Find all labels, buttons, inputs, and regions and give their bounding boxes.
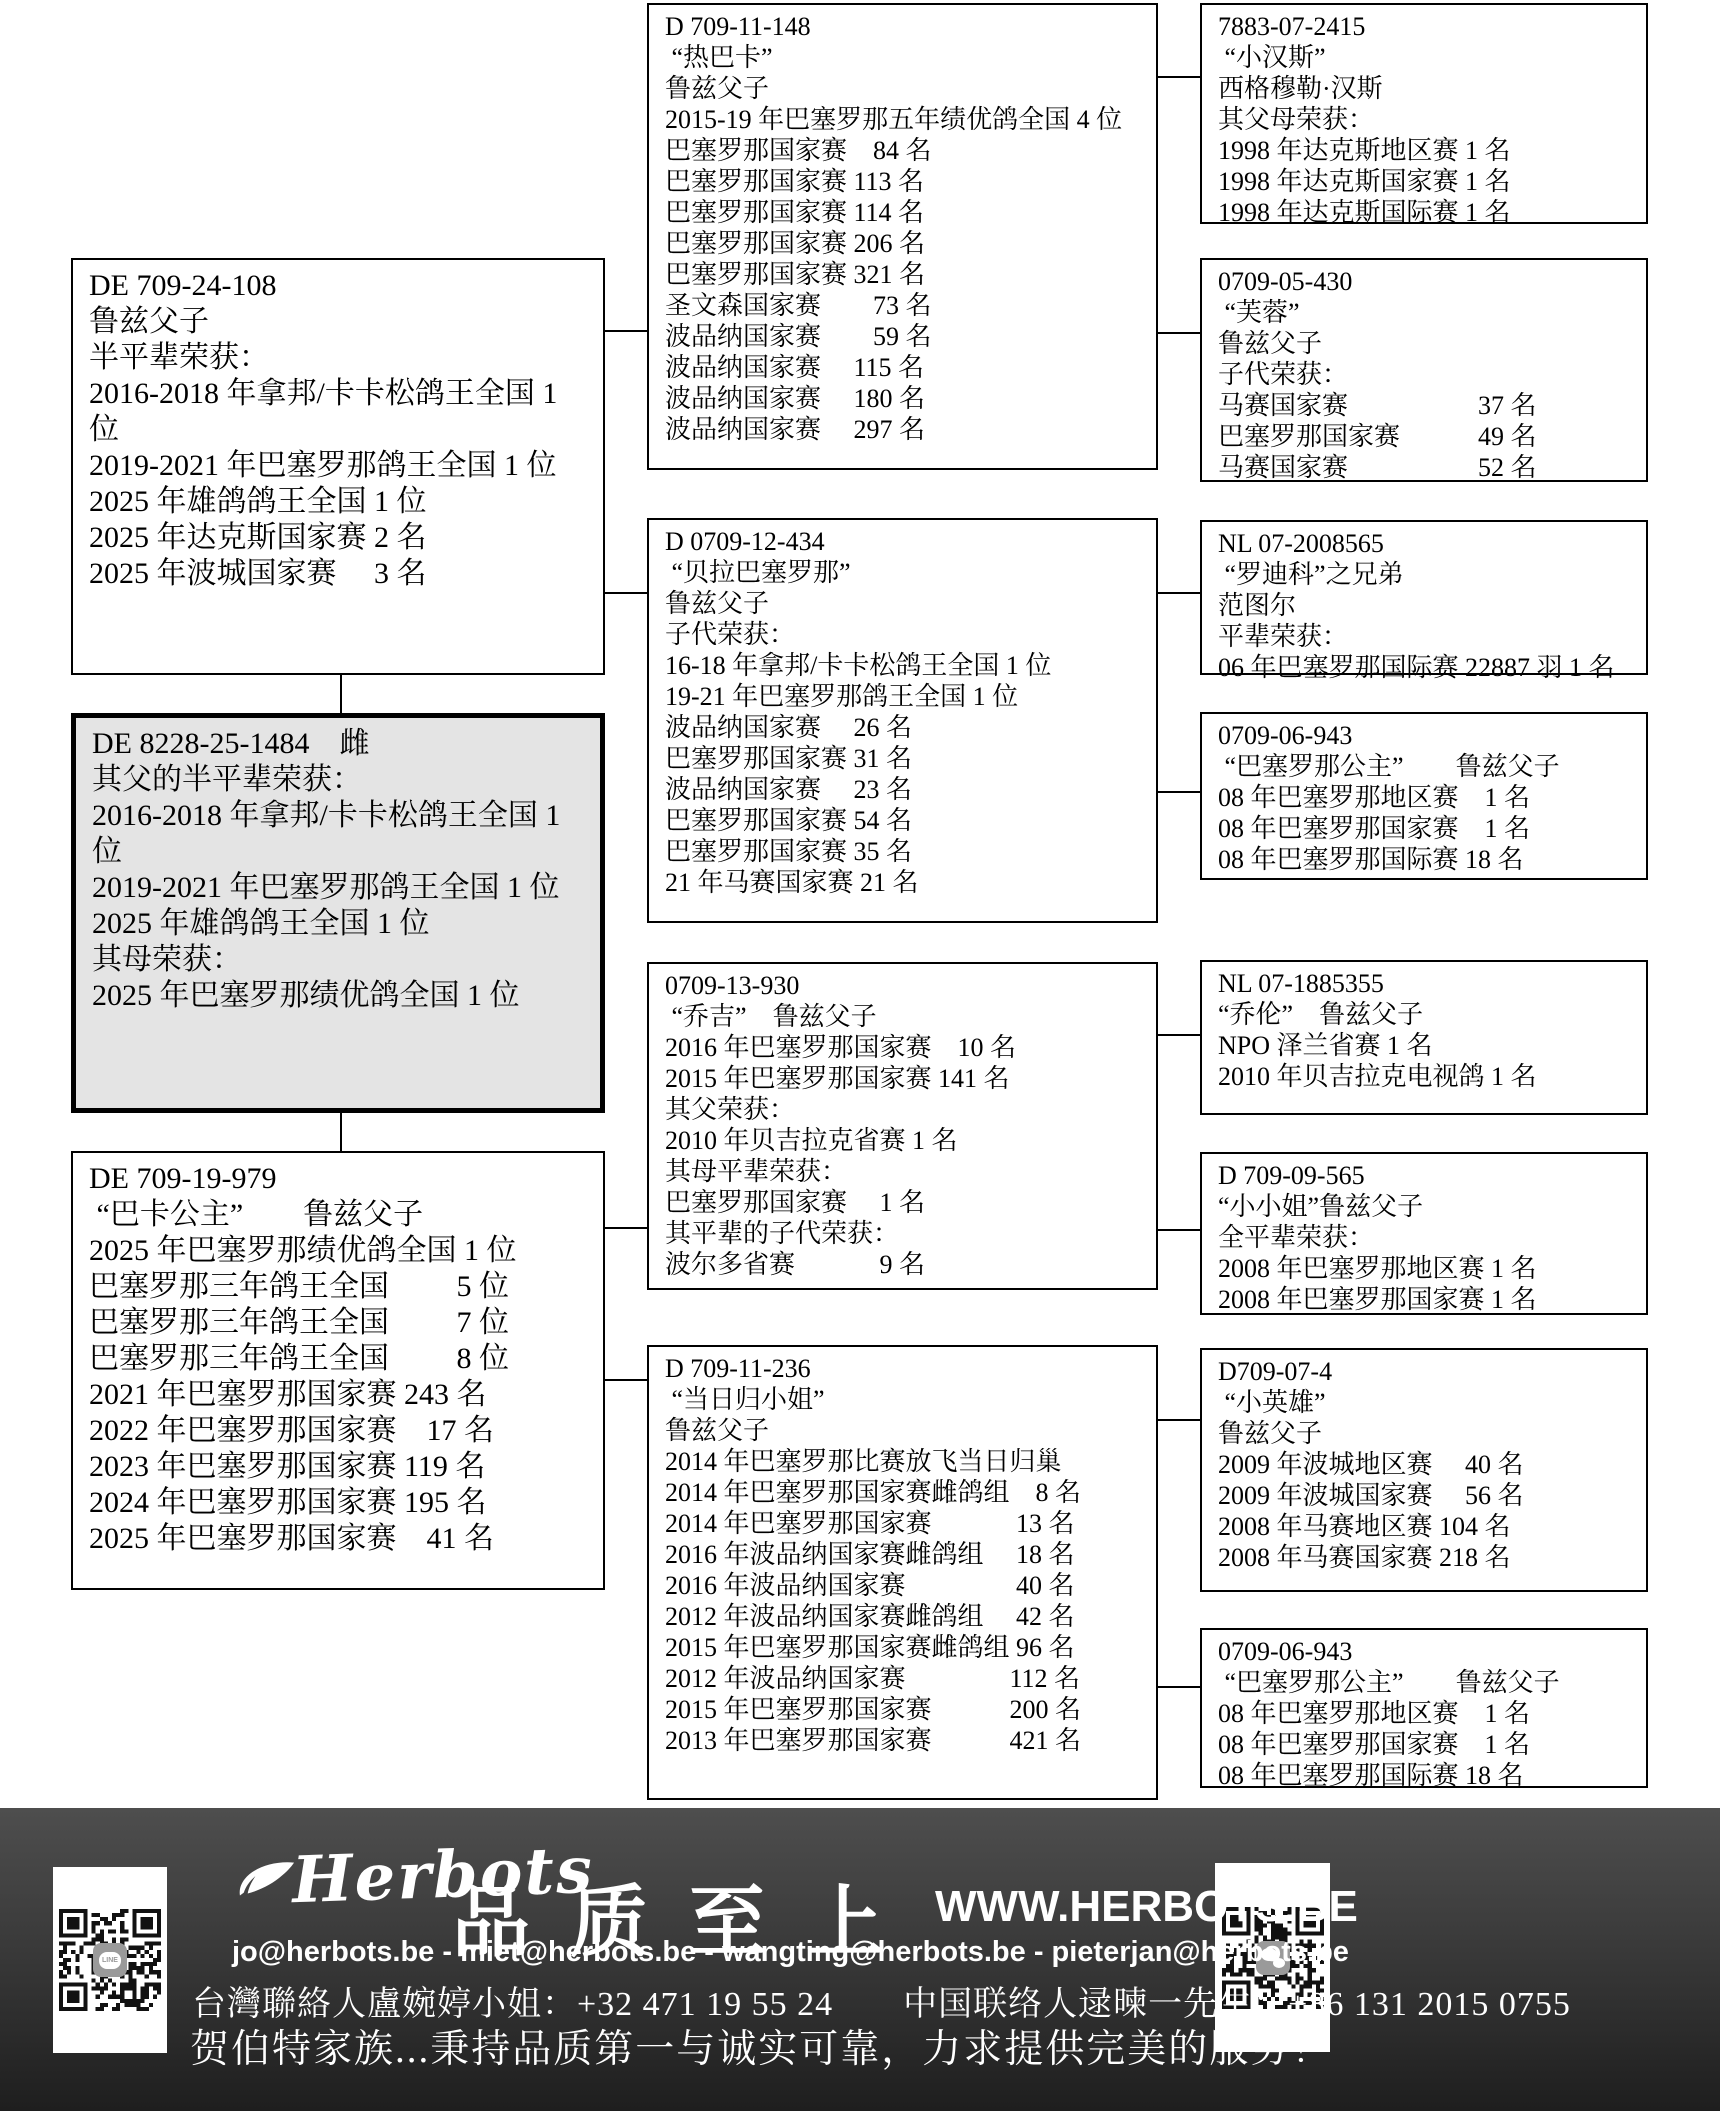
pedigree-line: 巴塞罗那三年鸽王全国 8 位 — [89, 1341, 587, 1377]
pedigree-line: “巴卡公主” 鲁兹父子 — [89, 1197, 587, 1233]
box-mother: DE 709-19-979 “巴卡公主” 鲁兹父子2025 年巴塞罗那绩优鸽全国… — [71, 1151, 605, 1590]
connector-to-r7 — [1158, 1419, 1200, 1421]
pedigree-line: 半平辈荣获： — [89, 340, 587, 376]
pedigree-line: 08 年巴塞罗那国际赛 18 名 — [1218, 1760, 1642, 1791]
box-father: DE 709-24-108鲁兹父子半平辈荣获：2016-2018 年拿邦/卡卡松… — [71, 258, 605, 675]
pedigree-line: 1998 年达克斯地区赛 1 名 — [1218, 135, 1642, 166]
pedigree-line: 08 年巴塞罗那国家赛 1 名 — [1218, 813, 1642, 844]
pedigree-line: 2008 年巴塞罗那地区赛 1 名 — [1218, 1253, 1642, 1284]
pedigree-line: “芙蓉” — [1218, 297, 1642, 328]
pedigree-line: 7883-07-2415 — [1218, 11, 1642, 42]
footer-emails: jo@herbots.be - miet@herbots.be - wangti… — [232, 1936, 1349, 1969]
pedigree-line: DE 709-24-108 — [89, 268, 587, 304]
pedigree-line: 巴塞罗那国家赛 321 名 — [665, 259, 1152, 290]
pedigree-line: 08 年巴塞罗那国际赛 18 名 — [1218, 844, 1642, 875]
pedigree-line: 巴塞罗那三年鸽王全国 5 位 — [89, 1269, 587, 1305]
pedigree-line: 2023 年巴塞罗那国家赛 119 名 — [89, 1449, 587, 1485]
pedigree-line: 2012 年波品纳国家赛 112 名 — [665, 1663, 1152, 1694]
pedigree-line: “小小姐”鲁兹父子 — [1218, 1191, 1642, 1222]
footer-website: WWW.HERBOTS.BE — [935, 1882, 1358, 1932]
pedigree-line: 全平辈荣获： — [1218, 1222, 1642, 1253]
pedigree-line: 巴塞罗那国家赛 1 名 — [665, 1187, 1152, 1218]
pedigree-line: 2014 年巴塞罗那比赛放飞当日归巢 — [665, 1446, 1152, 1477]
pedigree-line: 范图尔 — [1218, 590, 1642, 621]
pedigree-line: D 0709-12-434 — [665, 526, 1152, 557]
pedigree-line: 波品纳国家赛 23 名 — [665, 774, 1152, 805]
pedigree-line: NL 07-1885355 — [1218, 968, 1642, 999]
pedigree-line: “热巴卡” — [665, 42, 1152, 73]
pedigree-line: 鲁兹父子 — [1218, 1418, 1642, 1449]
pedigree-line: 波尔多省赛 9 名 — [665, 1249, 1152, 1280]
pedigree-line: 2016 年波品纳国家赛雌鸽组 18 名 — [665, 1539, 1152, 1570]
pedigree-line: DE 8228-25-1484 雌 — [92, 726, 584, 762]
pedigree-line: NPO 泽兰省赛 1 名 — [1218, 1030, 1642, 1061]
box-paternal-granddam: D 0709-12-434 “贝拉巴塞罗那”鲁兹父子子代荣获：16-18 年拿邦… — [647, 518, 1158, 923]
pedigree-line: 鲁兹父子 — [665, 73, 1152, 104]
pedigree-line: D 709-11-236 — [665, 1353, 1152, 1384]
pedigree-line: 2014 年巴塞罗那国家赛 13 名 — [665, 1508, 1152, 1539]
pedigree-line: 2025 年雄鸽鸽王全国 1 位 — [89, 484, 587, 520]
pedigree-line: “乔伦” 鲁兹父子 — [1218, 999, 1642, 1030]
pedigree-line: 0709-13-930 — [665, 970, 1152, 1001]
pedigree-line: 2012 年波品纳国家赛雌鸽组 42 名 — [665, 1601, 1152, 1632]
pedigree-line: “罗迪科”之兄弟 — [1218, 559, 1642, 590]
pedigree-line: 波品纳国家赛 180 名 — [665, 383, 1152, 414]
pedigree-line: “巴塞罗那公主” 鲁兹父子 — [1218, 1667, 1642, 1698]
pedigree-line: 2009 年波城地区赛 40 名 — [1218, 1449, 1642, 1480]
pedigree-line: 19-21 年巴塞罗那鸽王全国 1 位 — [665, 681, 1152, 712]
pedigree-line: D 709-11-148 — [665, 11, 1152, 42]
pedigree-line: 2014 年巴塞罗那国家赛雌鸽组 8 名 — [665, 1477, 1152, 1508]
connector-father-subject — [340, 675, 342, 715]
box-great-grandparent-8: 0709-06-943 “巴塞罗那公主” 鲁兹父子08 年巴塞罗那地区赛 1 名… — [1200, 1628, 1648, 1788]
footer-slogan: 贺伯特家族...秉持品质第一与诚实可靠，力求提供完美的服务！ — [190, 2018, 1332, 2074]
pedigree-line: 08 年巴塞罗那国家赛 1 名 — [1218, 1729, 1642, 1760]
pedigree-line: 2013 年巴塞罗那国家赛 421 名 — [665, 1725, 1152, 1756]
pedigree-line: “当日归小姐” — [665, 1384, 1152, 1415]
pedigree-line: 其父的半平辈荣获： — [92, 762, 584, 798]
pedigree-line: 马赛国家赛 52 名 — [1218, 452, 1642, 483]
pedigree-line: 波品纳国家赛 26 名 — [665, 712, 1152, 743]
pedigree-line: 2025 年达克斯国家赛 2 名 — [89, 520, 587, 556]
pedigree-line: 西格穆勒·汉斯 — [1218, 73, 1642, 104]
pedigree-line: 其母荣获： — [92, 942, 584, 978]
pedigree-line: 2024 年巴塞罗那国家赛 195 名 — [89, 1485, 587, 1521]
pedigree-line: NL 07-2008565 — [1218, 528, 1642, 559]
pedigree-line: 其父母荣获： — [1218, 104, 1642, 135]
pedigree-line: 08 年巴塞罗那地区赛 1 名 — [1218, 782, 1642, 813]
box-great-grandparent-1: 7883-07-2415 “小汉斯”西格穆勒·汉斯其父母荣获：1998 年达克斯… — [1200, 3, 1648, 224]
pedigree-line: 2025 年波城国家赛 3 名 — [89, 556, 587, 592]
pedigree-line: 2008 年马赛国家赛 218 名 — [1218, 1542, 1642, 1573]
footer-banner: LINE Herbots 品质至上 WWW.HERBOTS.BE jo@herb… — [0, 1808, 1720, 2111]
pedigree-line: 巴塞罗那国家赛 84 名 — [665, 135, 1152, 166]
pedigree-line: 鲁兹父子 — [89, 304, 587, 340]
pedigree-line: 巴塞罗那国家赛 113 名 — [665, 166, 1152, 197]
pedigree-line: D709-07-4 — [1218, 1356, 1642, 1387]
pedigree-line: D 709-09-565 — [1218, 1160, 1642, 1191]
pedigree-line: 其母平辈荣获： — [665, 1156, 1152, 1187]
connector-to-m4 — [605, 1379, 647, 1381]
pedigree-line: “巴塞罗那公主” 鲁兹父子 — [1218, 751, 1642, 782]
pedigree-line: 巴塞罗那国家赛 49 名 — [1218, 421, 1642, 452]
box-maternal-grandsire: 0709-13-930 “乔吉” 鲁兹父子2016 年巴塞罗那国家赛 10 名2… — [647, 962, 1158, 1290]
pedigree-line: 0709-06-943 — [1218, 1636, 1642, 1667]
pedigree-line: 2015 年巴塞罗那国家赛 141 名 — [665, 1063, 1152, 1094]
pedigree-line: 鲁兹父子 — [1218, 328, 1642, 359]
pedigree-line: 波品纳国家赛 59 名 — [665, 321, 1152, 352]
pedigree-line: 子代荣获： — [1218, 359, 1642, 390]
connector-to-m1 — [605, 330, 647, 332]
box-great-grandparent-6: D 709-09-565“小小姐”鲁兹父子全平辈荣获：2008 年巴塞罗那地区赛… — [1200, 1152, 1648, 1315]
pedigree-line: 2016-2018 年拿邦/卡卡松鸽王全国 1 位 — [92, 798, 584, 870]
pedigree-line: 16-18 年拿邦/卡卡松鸽王全国 1 位 — [665, 650, 1152, 681]
pedigree-line: “小英雄” — [1218, 1387, 1642, 1418]
pedigree-line: 马赛国家赛 37 名 — [1218, 390, 1642, 421]
box-maternal-granddam: D 709-11-236 “当日归小姐”鲁兹父子2014 年巴塞罗那比赛放飞当日… — [647, 1345, 1158, 1800]
pedigree-line: 其平辈的子代荣获： — [665, 1218, 1152, 1249]
pedigree-line: 子代荣获： — [665, 619, 1152, 650]
connector-to-m3 — [605, 1227, 647, 1229]
pedigree-line: 2021 年巴塞罗那国家赛 243 名 — [89, 1377, 587, 1413]
pedigree-line: 08 年巴塞罗那地区赛 1 名 — [1218, 1698, 1642, 1729]
pedigree-line: 2019-2021 年巴塞罗那鸽王全国 1 位 — [89, 448, 587, 484]
pedigree-line: “乔吉” 鲁兹父子 — [665, 1001, 1152, 1032]
pedigree-line: 巴塞罗那国家赛 35 名 — [665, 836, 1152, 867]
connector-to-r3 — [1158, 592, 1200, 594]
pedigree-line: 平辈荣获： — [1218, 621, 1642, 652]
connector-to-r2 — [1158, 332, 1200, 334]
pedigree-line: 2016 年巴塞罗那国家赛 10 名 — [665, 1032, 1152, 1063]
pedigree-line: 巴塞罗那三年鸽王全国 7 位 — [89, 1305, 587, 1341]
pedigree-line: 2009 年波城国家赛 56 名 — [1218, 1480, 1642, 1511]
pedigree-line: 2008 年马赛地区赛 104 名 — [1218, 1511, 1642, 1542]
line-icon: LINE — [93, 1943, 127, 1977]
pedigree-line: 2022 年巴塞罗那国家赛 17 名 — [89, 1413, 587, 1449]
box-great-grandparent-5: NL 07-1885355“乔伦” 鲁兹父子NPO 泽兰省赛 1 名2010 年… — [1200, 960, 1648, 1115]
box-great-grandparent-3: NL 07-2008565 “罗迪科”之兄弟范图尔平辈荣获：06 年巴塞罗那国际… — [1200, 520, 1648, 675]
box-great-grandparent-7: D709-07-4 “小英雄”鲁兹父子2009 年波城地区赛 40 名2009 … — [1200, 1348, 1648, 1592]
feather-icon — [238, 1860, 296, 1900]
pedigree-line: 1998 年达克斯国家赛 1 名 — [1218, 166, 1642, 197]
pedigree-line: “贝拉巴塞罗那” — [665, 557, 1152, 588]
pedigree-line: 2025 年巴塞罗那绩优鸽全国 1 位 — [89, 1233, 587, 1269]
pedigree-line: 2025 年雄鸽鸽王全国 1 位 — [92, 906, 584, 942]
connector-subject-mother — [340, 1111, 342, 1153]
pedigree-line: 巴塞罗那国家赛 114 名 — [665, 197, 1152, 228]
box-paternal-grandsire: D 709-11-148 “热巴卡”鲁兹父子2015-19 年巴塞罗那五年绩优鸽… — [647, 3, 1158, 470]
connector-to-r4 — [1158, 791, 1200, 793]
pedigree-line: 06 年巴塞罗那国际赛 22887 羽 1 名 — [1218, 652, 1642, 683]
pedigree-line: 2025 年巴塞罗那绩优鸽全国 1 位 — [92, 978, 584, 1014]
connector-to-r1 — [1158, 76, 1200, 78]
box-subject: DE 8228-25-1484 雌其父的半平辈荣获：2016-2018 年拿邦/… — [71, 713, 605, 1113]
connector-to-r5 — [1158, 1034, 1200, 1036]
connector-to-m2 — [605, 592, 647, 594]
pedigree-line: DE 709-19-979 — [89, 1161, 587, 1197]
pedigree-line: 2019-2021 年巴塞罗那鸽王全国 1 位 — [92, 870, 584, 906]
pedigree-line: “小汉斯” — [1218, 42, 1642, 73]
line-qr-code: LINE — [53, 1867, 167, 2053]
pedigree-line: 其父荣获： — [665, 1094, 1152, 1125]
pedigree-line: 圣文森国家赛 73 名 — [665, 290, 1152, 321]
box-great-grandparent-2: 0709-05-430 “芙蓉”鲁兹父子子代荣获：马赛国家赛 37 名巴塞罗那国… — [1200, 258, 1648, 482]
pedigree-line: 2016 年波品纳国家赛 40 名 — [665, 1570, 1152, 1601]
pedigree-line: 波品纳国家赛 115 名 — [665, 352, 1152, 383]
pedigree-line: 2010 年贝吉拉克电视鸽 1 名 — [1218, 1061, 1642, 1092]
pedigree-line: 2015 年巴塞罗那国家赛 200 名 — [665, 1694, 1152, 1725]
pedigree-line: 0709-05-430 — [1218, 266, 1642, 297]
box-great-grandparent-4: 0709-06-943 “巴塞罗那公主” 鲁兹父子08 年巴塞罗那地区赛 1 名… — [1200, 712, 1648, 880]
pedigree-line: 2015 年巴塞罗那国家赛雌鸽组 96 名 — [665, 1632, 1152, 1663]
pedigree-line: 2015-19 年巴塞罗那五年绩优鸽全国 4 位 — [665, 104, 1152, 135]
pedigree-line: 2010 年贝吉拉克省赛 1 名 — [665, 1125, 1152, 1156]
pedigree-line: 2008 年巴塞罗那国家赛 1 名 — [1218, 1284, 1642, 1315]
pedigree-line: 波品纳国家赛 297 名 — [665, 414, 1152, 445]
pedigree-line: 0709-06-943 — [1218, 720, 1642, 751]
pedigree-line: 巴塞罗那国家赛 206 名 — [665, 228, 1152, 259]
pedigree-line: 2025 年巴塞罗那国家赛 41 名 — [89, 1521, 587, 1557]
connector-to-r6 — [1158, 1229, 1200, 1231]
pedigree-line: 巴塞罗那国家赛 31 名 — [665, 743, 1152, 774]
pedigree-line: 鲁兹父子 — [665, 1415, 1152, 1446]
connector-to-r8 — [1158, 1686, 1200, 1688]
pedigree-line: 鲁兹父子 — [665, 588, 1152, 619]
pedigree-line: 1998 年达克斯国际赛 1 名 — [1218, 197, 1642, 228]
pedigree-line: 21 年马赛国家赛 21 名 — [665, 867, 1152, 898]
pedigree-line: 巴塞罗那国家赛 54 名 — [665, 805, 1152, 836]
pedigree-line: 2016-2018 年拿邦/卡卡松鸽王全国 1 位 — [89, 376, 587, 448]
